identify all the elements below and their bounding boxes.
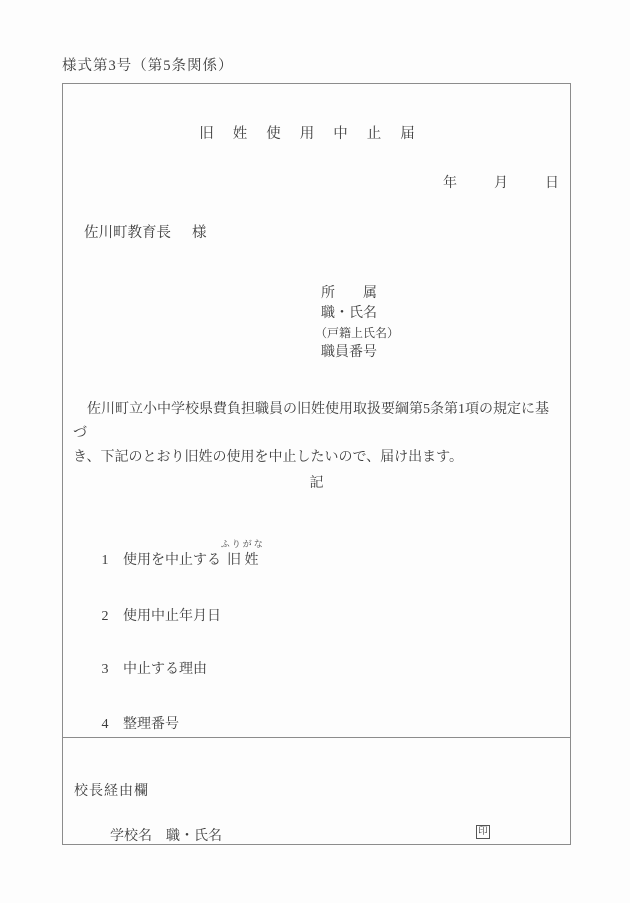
seal-mark: 印	[476, 825, 490, 839]
applicant-block: 所 属 職・氏名 （戸籍上氏名） 職員番号	[315, 284, 399, 363]
list-item-reason: 3中止する理由	[98, 658, 207, 678]
body-line-1: 佐川町立小中学校県費負担職員の旧姓使用取扱要綱第5条第1項の規定に基づ	[73, 398, 562, 446]
affiliation-label: 所 属	[315, 284, 399, 304]
list-item-reference-number: 4整理番号	[98, 713, 179, 733]
item-label: 中止する理由	[123, 662, 207, 677]
date-line: 年 月 日	[63, 172, 570, 192]
section-divider	[63, 737, 570, 738]
item-label: 使用を中止する	[123, 553, 221, 568]
item-number: 4	[98, 717, 112, 733]
title-name-label: 職・氏名	[315, 304, 399, 324]
registered-name-label: （戸籍上氏名）	[315, 324, 399, 343]
furigana-text: ふりがな	[221, 537, 265, 550]
body-line-2: き、下記のとおり旧姓の使用を中止したいので、届け出ます。	[73, 446, 562, 470]
item-number: 1	[98, 553, 112, 569]
employee-number-label: 職員番号	[315, 343, 399, 363]
item-number: 3	[98, 662, 112, 678]
principal-section-label: 校長経由欄	[74, 780, 149, 800]
ruby-group: ふりがな旧 姓	[227, 549, 259, 569]
form-title: 旧姓使用中止届	[63, 122, 570, 143]
addressee-line: 佐川町教育長様	[84, 221, 207, 242]
document-page: 様式第3号（第5条関係） 旧姓使用中止届 年 月 日 佐川町教育長様 所 属 職…	[0, 0, 630, 903]
item-label: 使用中止年月日	[123, 609, 221, 624]
addressee-name: 佐川町教育長	[84, 225, 171, 241]
list-item-former-surname: 1使用を中止するふりがな旧 姓	[98, 549, 259, 569]
record-heading: 記	[63, 472, 570, 492]
item-number: 2	[98, 609, 112, 625]
body-paragraph: 佐川町立小中学校県費負担職員の旧姓使用取扱要綱第5条第1項の規定に基づ き、下記…	[73, 398, 562, 470]
school-name-line: 学校名 職・氏名	[110, 825, 222, 845]
form-number-label: 様式第3号（第5条関係）	[62, 54, 234, 75]
item-label: 整理番号	[123, 717, 179, 732]
list-item-stop-date: 2使用中止年月日	[98, 605, 221, 625]
addressee-honorific: 様	[192, 225, 207, 241]
ruby-base: 旧 姓	[227, 553, 259, 568]
form-border-box: 旧姓使用中止届 年 月 日 佐川町教育長様 所 属 職・氏名 （戸籍上氏名） 職…	[62, 83, 571, 845]
